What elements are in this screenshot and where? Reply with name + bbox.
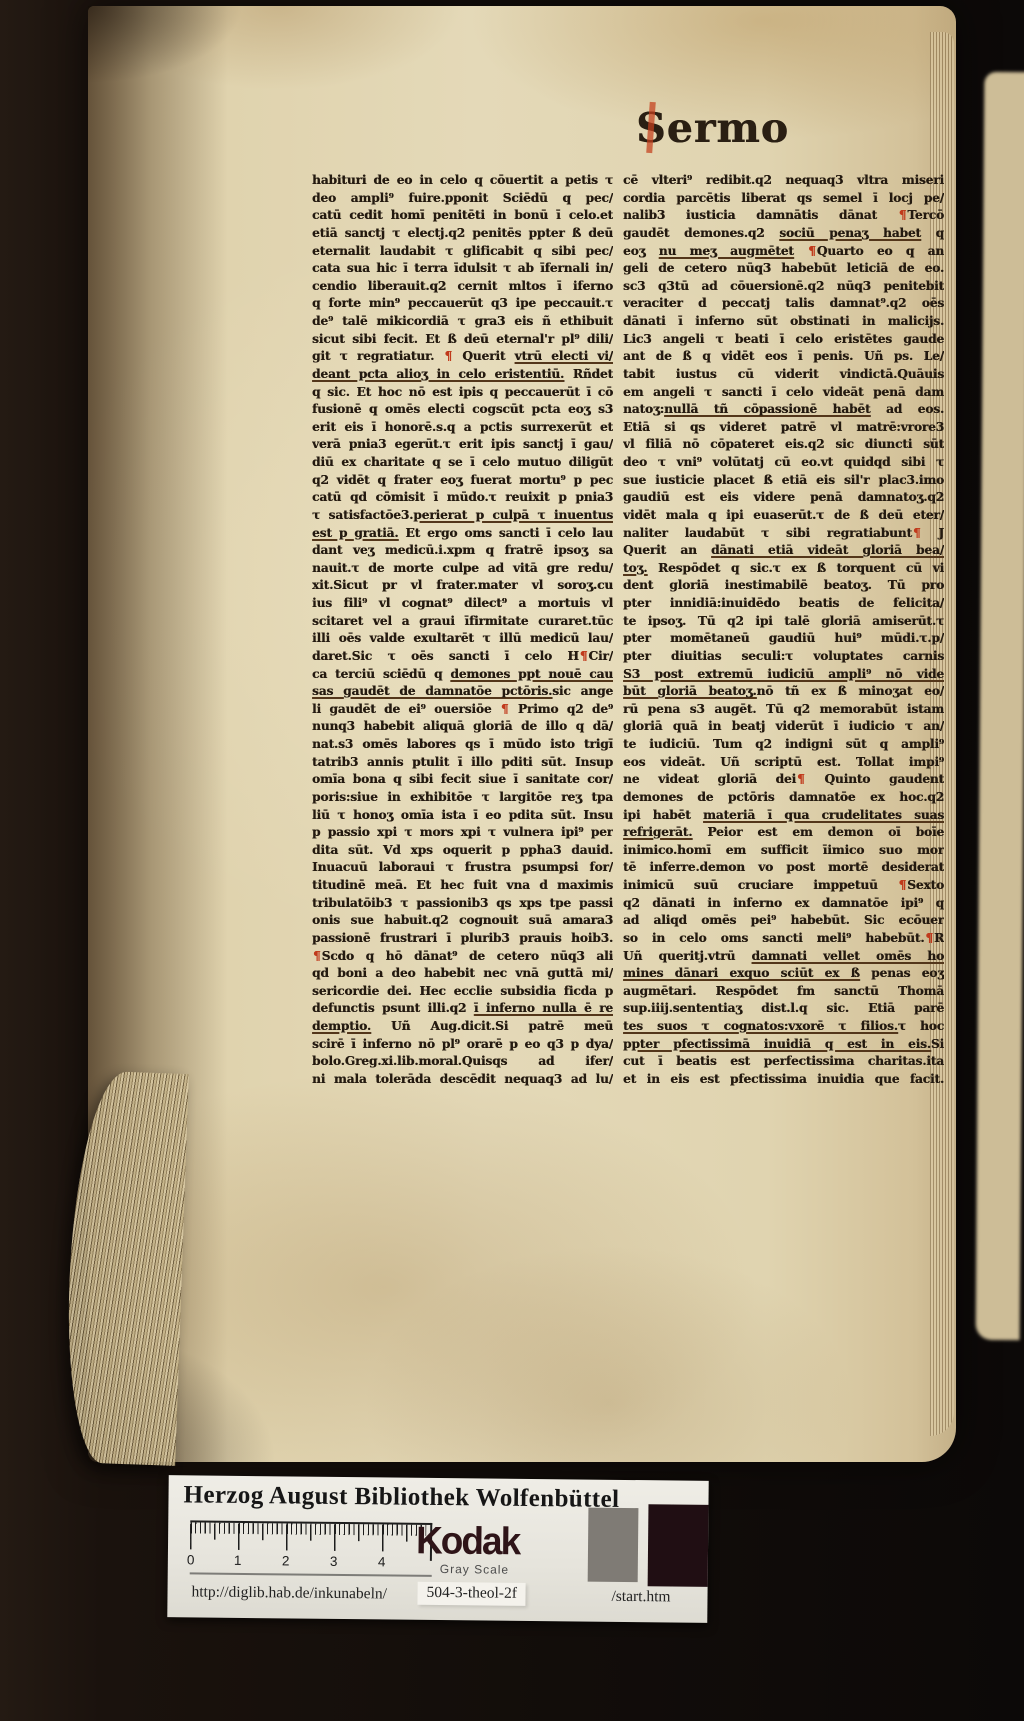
text-line: inimicū suū cruciare imppetuū ¶Sexto — [623, 877, 944, 895]
text-run: poris:siue in exhibitōe τ largitōe reʒ t… — [312, 790, 613, 804]
text-run: dita sūt. Vd xps oquerit p ppha3 dauid. — [312, 843, 613, 857]
text-run: materiā ī qua crudelitates suas — [703, 808, 944, 822]
text-column-left: habituri de eo in celo q cōuertit a peti… — [312, 172, 613, 1089]
page-stack-edges — [63, 1070, 189, 1466]
text-run: cut ī beatis est perfectissima charitas.… — [623, 1054, 944, 1068]
text-line: daret.Sic τ oēs sancti ī celo H¶Cir/ — [312, 648, 613, 666]
ruler-number: 0 — [187, 1552, 195, 1567]
text-run: nullā tñ cōpassionē habēt — [664, 402, 870, 416]
text-run: te iudiciū. Tum q2 indigni sūt q ampli⁹ — [623, 737, 944, 751]
text-line: ¶Scdo q hō dānat⁹ de cetero nūq3 ali — [312, 948, 613, 966]
ruler-baseline — [190, 1572, 432, 1577]
text-line: dānati ī inferno sūt obstinati in malici… — [623, 313, 944, 331]
text-line: passionē frustrari ī plurib3 prauis hoib… — [312, 930, 613, 948]
text-run: q — [921, 226, 944, 240]
text-run: pter innidiā:inuidēdo beatis de felicita… — [623, 596, 944, 610]
text-line: ni mala tolerāda descēdit nequaq3 ad lu/ — [312, 1071, 613, 1089]
text-run: catū cedit homī penitēti in bonū ī celo.… — [312, 208, 613, 222]
text-line: veraciter d peccatj talis damnat⁹.q2 oēs — [623, 295, 944, 313]
text-line: q2 dānati in inferno ex damnatōe ipi⁹ q — [623, 895, 944, 913]
text-run: catū qd cōmisit ī mūdo.τ reuixit p pnia3 — [312, 490, 613, 504]
text-line: ad aliqd omēs pei⁹ habebūt. Sic ecōuer — [623, 912, 944, 930]
text-line: naliter laudabūt τ sibi regratiabunt¶ J — [623, 525, 944, 543]
text-line: deant pcta alioʒ in celo eristentiū. Rñd… — [312, 366, 613, 384]
text-line: nauit.τ de morte culpe ad vitā gre redu/ — [312, 560, 613, 578]
text-run: cē vlteri⁹ redibit.q2 nequaq3 vltra mise… — [623, 173, 944, 187]
text-run: būt gloriā beatoʒ. — [623, 684, 757, 698]
text-run: tatrib3 annis ptulit ī illo pditi sūt. I… — [312, 755, 613, 769]
text-line: de⁹ talē mikicordiā τ gra3 eis ñ ethibui… — [312, 313, 613, 331]
text-run: gloriā quā in beatj viderūt ī iudicio τ … — [623, 719, 944, 733]
text-line: catū qd cōmisit ī mūdo.τ reuixit p pnia3 — [312, 489, 613, 507]
text-run: nō tñ ex ß minoʒat eo/ — [757, 684, 944, 698]
text-run: te ipsoʒ. Tū q2 ipi talē gloriā amiserūt… — [623, 614, 944, 628]
text-run: vidēt mala q ipi euaserūt.τ de ß deū ete… — [623, 508, 944, 522]
text-run: Uñ queritj.vtrū — [623, 949, 751, 963]
text-run: tribulatōib3 τ passionib3 qs xps tpe pas… — [312, 896, 613, 910]
text-run: geli de cetero nūq3 habebūt leticiā de e… — [623, 261, 944, 275]
text-line: deo ampli⁹ fuire.pponit Sciēdū q pec/ — [312, 190, 613, 208]
running-header-rest: ermo — [667, 104, 789, 152]
ruler-number: 3 — [330, 1554, 338, 1569]
text-run: tabit iustus cū viderit vindictā.Quāuis — [623, 367, 944, 381]
text-run: cendio liberauit.q2 cernit mltos ī ifern… — [312, 279, 613, 293]
text-run: erit eis ī honorē.s.q a pctis surrexerūt… — [312, 420, 613, 434]
text-run: Cir/ — [588, 649, 613, 663]
grayscale-patch-dark — [648, 1504, 709, 1587]
text-run: defunctis psunt illi.q2 — [312, 1001, 474, 1015]
text-run: xit.Sicut pr vl frater.mater vl soroʒ.cu — [312, 578, 613, 592]
rubric-pilcrow: ¶ — [579, 649, 589, 663]
text-run: Quinto gaudent — [806, 772, 944, 786]
text-run: pter diuitias seculi:τ voluptates carnis — [623, 649, 944, 663]
text-run: git τ regratiatur. — [312, 349, 443, 363]
text-run: tes suos τ cognatos:vxorē τ filios. — [623, 1019, 898, 1033]
text-line: vidēt mala q ipi euaserūt.τ de ß deū ete… — [623, 507, 944, 525]
text-run: sc3 q3tū ad cōuersionē.q2 nūq3 penitebit — [623, 279, 944, 293]
text-run: Rñdet — [564, 367, 613, 381]
text-run: ni mala tolerāda descēdit nequaq3 ad lu/ — [312, 1072, 613, 1086]
text-line: dant veʒ medicū.i.xpm q fratrē ipsoʒ sa — [312, 542, 613, 560]
rubric-pilcrow: ¶ — [312, 949, 322, 963]
text-run: Et ergo oms sancti ī celo lau — [398, 526, 613, 540]
text-run: S3 post extremū iudiciū ampli⁹ nō vide — [623, 667, 944, 681]
rubric-pilcrow: ¶ — [500, 702, 510, 716]
text-line: eos videāt. Uñ scriptū est. Tollat impi⁹ — [623, 754, 944, 772]
text-run: Respōdet q sic.τ ex ß torquent cū vi — [647, 561, 944, 575]
text-run: sas gaudēt de damnatōe pctōris. — [312, 684, 552, 698]
text-line: eoʒ nu meʒ augmētet ¶Quarto eo q an — [623, 243, 944, 261]
text-run: Tercō — [907, 208, 944, 222]
text-run: li gaudēt de ei⁹ ouersiōe — [312, 702, 500, 716]
text-run: q forte min⁹ peccauerūt q3 ipe peccauit.… — [312, 296, 613, 310]
library-label: Herzog August Bibliothek Wolfenbüttel 0 … — [167, 1475, 708, 1623]
text-line: ipi habēt materiā ī qua crudelitates sua… — [623, 807, 944, 825]
text-run: sericordie dei. Hec ecclie subsidia ficd… — [312, 984, 613, 998]
running-header-initial: S — [636, 104, 667, 152]
text-run: omīa bona q sibi fecit siue ī sanitate c… — [312, 772, 613, 786]
text-line: natoʒ:nullā tñ cōpassionē habēt ad eos. — [623, 401, 944, 419]
text-run: passionē frustrari ī plurib3 prauis hoib… — [312, 931, 613, 945]
text-line: cata sua hic ī terra īdulsit τ ab īferna… — [312, 260, 613, 278]
text-run: est p gratiā. — [312, 526, 398, 540]
label-shelfmark: 504-3-theol-2f — [417, 1582, 526, 1606]
text-run: eoʒ — [623, 244, 659, 258]
text-run: Scdo q hō dānat⁹ de cetero nūq3 ali — [322, 949, 613, 963]
text-run: Peior est em demon oī boīe — [692, 825, 944, 839]
text-run: ca terciū sciēdū q — [312, 667, 450, 681]
text-run: bolo.Greg.xi.lib.moral.Quisqs ad ifer/ — [312, 1054, 613, 1068]
text-run: ipi habēt — [623, 808, 703, 822]
text-line: tē inferre.demon vo post mortē desiderat — [623, 859, 944, 877]
text-run: fusionē q omēs electi cogscūt pcta eoʒ s… — [312, 402, 613, 416]
text-run: rū pena s3 augēt. Tū q2 memorabūt istam — [623, 702, 944, 716]
text-line: sc3 q3tū ad cōuersionē.q2 nūq3 penitebit — [623, 278, 944, 296]
ruler-number: 1 — [234, 1553, 242, 1568]
grayscale-caption: Gray Scale — [440, 1562, 510, 1577]
text-run: inimico.homī em sufficit īimico suo mor — [623, 843, 944, 857]
text-run: habituri de eo in celo q cōuertit a peti… — [312, 173, 613, 187]
text-line: gaudēt demones.q2 sociū penaʒ habet q — [623, 225, 944, 243]
text-run: eternalit laudabit τ glificabit q sibi p… — [312, 244, 613, 258]
text-line: pter innidiā:inuidēdo beatis de felicita… — [623, 595, 944, 613]
text-run: Primo q2 de⁹ — [509, 702, 613, 716]
text-run: q2 vidēt q frater eoʒ fuerat mortu⁹ p pe… — [312, 473, 613, 487]
text-run: daret.Sic τ oēs sancti ī celo H — [312, 649, 579, 663]
text-run: Uñ Aug.dicit.Si patrē meū — [371, 1019, 613, 1033]
label-url-base: http://diglib.hab.de/inkunabeln/ — [191, 1583, 387, 1603]
text-run: liū τ honoʒ omīa ista ī eo pdita sūt. In… — [312, 808, 613, 822]
text-line: em angeli τ sancti ī celo videāt penā da… — [623, 384, 944, 402]
text-line: Etiā si qs videret patrē vl matrē:vrore3 — [623, 419, 944, 437]
text-line: habituri de eo in celo q cōuertit a peti… — [312, 172, 613, 190]
text-run: naliter laudabūt τ sibi regratiabunt — [623, 526, 912, 540]
text-line: etiā sanctj τ electj.q2 penitēs ppter ß … — [312, 225, 613, 243]
text-run: perierat p culpā τ inuentus — [413, 508, 613, 522]
text-run: nu meʒ augmētet — [659, 244, 794, 258]
text-run: dānati ī inferno sūt obstinati in malici… — [623, 314, 944, 328]
text-run: Inuacuū laboraui τ frustra psumpsi for/ — [312, 860, 613, 874]
text-line: p passio xpi τ mors xpi τ vulnera ipi⁹ p… — [312, 824, 613, 842]
text-run: qd boni a deo habebit nec vnā guttā mi/ — [312, 966, 613, 980]
text-line: titudinē meā. Et hec fuit vna d maximis — [312, 877, 613, 895]
text-line: sicut sibi fecit. Et ß deū eternal'r pl⁹… — [312, 331, 613, 349]
text-run: penas eoʒ — [860, 966, 944, 980]
text-run: veraciter d peccatj talis damnat⁹.q2 oēs — [623, 296, 944, 310]
text-line: sericordie dei. Hec ecclie subsidia ficd… — [312, 983, 613, 1001]
text-line: Lic3 angeli τ beati ī celo eristētes gau… — [623, 331, 944, 349]
ruler-number: 2 — [282, 1553, 290, 1568]
text-line: liū τ honoʒ omīa ista ī eo pdita sūt. In… — [312, 807, 613, 825]
text-line: eternalit laudabit τ glificabit q sibi p… — [312, 243, 613, 261]
text-run: sup.iiij.sententiaʒ dist.l.q sic. Etiā p… — [623, 1001, 944, 1015]
rubric-pilcrow: ¶ — [898, 208, 908, 222]
photo-scene: Sermo habituri de eo in celo q cōuertit … — [0, 0, 1024, 1721]
text-run: gaudēt demones.q2 — [623, 226, 779, 240]
text-line: sue iusticie placet ß etiā eis sil'r pla… — [623, 472, 944, 490]
text-line: gloriā quā in beatj viderūt ī iudicio τ … — [623, 718, 944, 736]
text-line: xit.Sicut pr vl frater.mater vl soroʒ.cu — [312, 577, 613, 595]
text-line: verā pnia3 egerūt.τ erit ipis sanctj ī g… — [312, 436, 613, 454]
text-line: S3 post extremū iudiciū ampli⁹ nō vide — [623, 666, 944, 684]
corner-shadow-top-left — [88, 6, 308, 116]
text-line: būt gloriā beatoʒ.nō tñ ex ß minoʒat eo/ — [623, 683, 944, 701]
text-run: deo ampli⁹ fuire.pponit Sciēdū q pec/ — [312, 191, 613, 205]
text-run: sociū penaʒ habet — [779, 226, 921, 240]
text-run: dant veʒ medicū.i.xpm q fratrē ipsoʒ sa — [312, 543, 613, 557]
text-run: titudinē meā. Et hec fuit vna d maximis — [312, 878, 613, 892]
text-line: defunctis psunt illi.q2 ī inferno nulla … — [312, 1000, 613, 1018]
text-line: et in eis est pfectissima inuidia que fa… — [623, 1071, 944, 1089]
text-line: dita sūt. Vd xps oquerit p ppha3 dauid. — [312, 842, 613, 860]
text-line: q sic. Et hoc nō est ipis q peccauerūt ī… — [312, 384, 613, 402]
text-line: pter diuitias seculi:τ voluptates carnis — [623, 648, 944, 666]
text-line: geli de cetero nūq3 habebūt leticiā de e… — [623, 260, 944, 278]
text-line: cendio liberauit.q2 cernit mltos ī ifern… — [312, 278, 613, 296]
text-line: illi oēs valde exultarēt τ illū medicū l… — [312, 630, 613, 648]
text-run: mines dānari exquo sciūt ex ß — [623, 966, 860, 980]
text-line: catū cedit homī penitēti in bonū ī celo.… — [312, 207, 613, 225]
text-run: τ hoc — [898, 1019, 944, 1033]
text-line: diū ex charitate q se ī celo mutuo dilig… — [312, 454, 613, 472]
ruler-number: 4 — [378, 1554, 386, 1569]
text-line: scitaret vel a graui īfirmitate curaret.… — [312, 613, 613, 631]
text-run: pter momētaneū gaudiū hui⁹ mūdi.τ.p/ — [623, 631, 944, 645]
measure-ruler: 0 1 2 3 4 — [190, 1520, 432, 1561]
text-run: sic ange — [552, 684, 613, 698]
text-run: ne videat gloriā dei — [623, 772, 796, 786]
text-run: gaudiū est eis videre penā damnatoʒ.q2 — [623, 490, 944, 504]
text-line: nalib3 iusticia damnātis dānat ¶Tercō — [623, 207, 944, 225]
text-line: ius fili⁹ vl cognat⁹ dilect⁹ a mortuis v… — [312, 595, 613, 613]
text-line: sup.iiij.sententiaʒ dist.l.q sic. Etiā p… — [623, 1000, 944, 1018]
text-line: Uñ queritj.vtrū damnati vellet omēs ho — [623, 948, 944, 966]
text-line: tes suos τ cognatos:vxorē τ filios.τ hoc — [623, 1018, 944, 1036]
text-line: gaudiū est eis videre penā damnatoʒ.q2 — [623, 489, 944, 507]
text-line: τ satisfactōe3.perierat p culpā τ inuent… — [312, 507, 613, 525]
text-run: Lic3 angeli τ beati ī celo eristētes gau… — [623, 332, 944, 346]
label-url-page: /start.htm — [611, 1588, 670, 1607]
text-run: vtrū electi vi/ — [515, 349, 613, 363]
text-column-right: cē vlteri⁹ redibit.q2 nequaq3 vltra mise… — [623, 172, 944, 1089]
text-run: toʒ. — [623, 561, 647, 575]
text-run: deant pcta alioʒ in celo eristentiū. — [312, 367, 564, 381]
text-line: demones de pctōris damnatōe ex hoc.q2 — [623, 789, 944, 807]
text-run: dānati etiā videāt gloriā bea/ — [711, 543, 944, 557]
text-line: li gaudēt de ei⁹ ouersiōe ¶ Primo q2 de⁹ — [312, 701, 613, 719]
text-run: etiā sanctj τ electj.q2 penitēs ppter ß … — [312, 226, 613, 240]
text-run: R — [934, 931, 944, 945]
text-run: scitaret vel a graui īfirmitate curaret.… — [312, 614, 613, 628]
text-line: demptio. Uñ Aug.dicit.Si patrē meū — [312, 1018, 613, 1036]
text-line: scirē ī inferno nō pl⁹ orarē p eo q3 p d… — [312, 1036, 613, 1054]
grayscale-patch-gray — [588, 1508, 639, 1583]
text-run: damnati vellet omēs ho — [751, 949, 944, 963]
text-run: dent gloriā inestimabilē beatoʒ. Tū pro — [623, 578, 944, 592]
text-run: onis sue habuit.q2 cognouit suā amara3 — [312, 913, 613, 927]
text-line: cut ī beatis est perfectissima charitas.… — [623, 1053, 944, 1071]
text-run: nat.s3 omēs labores qs ī mūdo isto trigī — [312, 737, 613, 751]
text-run: cata sua hic ī terra īdulsit τ ab īferna… — [312, 261, 613, 275]
rubric-pilcrow: ¶ — [796, 772, 806, 786]
text-run: ad aliqd omēs pei⁹ habebūt. Sic ecōuer — [623, 913, 944, 927]
text-line: augmētari. Respōdet fm sanctū Thomā — [623, 983, 944, 1001]
text-run: ppter pfectissimā inuidiā q est in eis. — [623, 1037, 931, 1051]
text-run: augmētari. Respōdet fm sanctū Thomā — [623, 984, 944, 998]
rubric-pilcrow: ¶ — [924, 931, 934, 945]
text-line: ant de ß q vidēt eos ī penis. Uñ ps. Le/ — [623, 348, 944, 366]
text-line: cordia parcētis liberat qs semel ī locj … — [623, 190, 944, 208]
text-line: qd boni a deo habebit nec vnā guttā mi/ — [312, 965, 613, 983]
text-line: est p gratiā. Et ergo oms sancti ī celo … — [312, 525, 613, 543]
text-run: nunq3 habebit aliquā gloriā de illo q dā… — [312, 719, 613, 733]
text-line: deo τ vni⁹ volūtatj cū eo.vt quidqd sibi… — [623, 454, 944, 472]
text-line: dent gloriā inestimabilē beatoʒ. Tū pro — [623, 577, 944, 595]
text-run: p passio xpi τ mors xpi τ vulnera ipi⁹ p… — [312, 825, 613, 839]
text-run: nalib3 iusticia damnātis dānat — [623, 208, 898, 222]
text-run: sicut sibi fecit. Et ß deū eternal'r pl⁹… — [312, 332, 613, 346]
text-line: poris:siue in exhibitōe τ largitōe reʒ t… — [312, 789, 613, 807]
rubric-pilcrow: ¶ — [912, 526, 922, 540]
text-line: inimico.homī em sufficit īimico suo mor — [623, 842, 944, 860]
text-run: ad eos. — [870, 402, 944, 416]
text-run: demones de pctōris damnatōe ex hoc.q2 — [623, 790, 944, 804]
text-line: git τ regratiatur. ¶ Querit vtrū electi … — [312, 348, 613, 366]
text-line: ne videat gloriā dei¶ Quinto gaudent — [623, 771, 944, 789]
text-line: tribulatōib3 τ passionib3 qs xps tpe pas… — [312, 895, 613, 913]
rubric-pilcrow: ¶ — [443, 349, 453, 363]
text-line: refrigerāt. Peior est em demon oī boīe — [623, 824, 944, 842]
text-run: J — [922, 526, 944, 540]
text-line: tatrib3 annis ptulit ī illo pditi sūt. I… — [312, 754, 613, 772]
text-run: demptio. — [312, 1019, 371, 1033]
text-line: sas gaudēt de damnatōe pctōris.sic ange — [312, 683, 613, 701]
text-run: refrigerāt. — [623, 825, 692, 839]
text-line: Querit an dānati etiā videāt gloriā bea/ — [623, 542, 944, 560]
text-line: nunq3 habebit aliquā gloriā de illo q dā… — [312, 718, 613, 736]
text-line: toʒ. Respōdet q sic.τ ex ß torquent cū v… — [623, 560, 944, 578]
text-line: so in celo oms sancti meli⁹ habebūt.¶R — [623, 930, 944, 948]
text-run: nauit.τ de morte culpe ad vitā gre redu/ — [312, 561, 613, 575]
text-line: tabit iustus cū viderit vindictā.Quāuis — [623, 366, 944, 384]
text-run: eos videāt. Uñ scriptū est. Tollat impi⁹ — [623, 755, 944, 769]
text-run: illi oēs valde exultarēt τ illū medicū l… — [312, 631, 613, 645]
text-run: de⁹ talē mikicordiā τ gra3 eis ñ ethibui… — [312, 314, 613, 328]
text-line: rū pena s3 augēt. Tū q2 memorabūt istam — [623, 701, 944, 719]
adjacent-page-edge — [976, 72, 1024, 1340]
text-line: bolo.Greg.xi.lib.moral.Quisqs ad ifer/ — [312, 1053, 613, 1071]
text-run: q sic. Et hoc nō est ipis q peccauerūt ī… — [312, 385, 613, 399]
text-run: q2 dānati in inferno ex damnatōe ipi⁹ q — [623, 896, 944, 910]
text-run: Querit — [453, 349, 514, 363]
text-run: τ satisfactōe3. — [312, 508, 413, 522]
text-run: demones ppt nouē cau — [450, 667, 613, 681]
text-run: Sexto — [907, 878, 944, 892]
text-line: mines dānari exquo sciūt ex ß penas eoʒ — [623, 965, 944, 983]
text-run: inimicū suū cruciare imppetuū — [623, 878, 898, 892]
text-run: Si — [931, 1037, 944, 1051]
text-line: te ipsoʒ. Tū q2 ipi talē gloriā amiserūt… — [623, 613, 944, 631]
text-line: te iudiciū. Tum q2 indigni sūt q ampli⁹ — [623, 736, 944, 754]
text-line: onis sue habuit.q2 cognouit suā amara3 — [312, 912, 613, 930]
text-run: Quarto eo q an — [817, 244, 944, 258]
text-line: Inuacuū laboraui τ frustra psumpsi for/ — [312, 859, 613, 877]
text-run: em angeli τ sancti ī celo videāt penā da… — [623, 385, 944, 399]
text-run: so in celo oms sancti meli⁹ habebūt. — [623, 931, 924, 945]
text-run: Etiā si qs videret patrē vl matrē:vrore3 — [623, 420, 944, 434]
text-line: omīa bona q sibi fecit siue ī sanitate c… — [312, 771, 613, 789]
rubric-pilcrow: ¶ — [807, 244, 817, 258]
kodak-logo: Kodak — [416, 1519, 520, 1564]
text-run: cordia parcētis liberat qs semel ī locj … — [623, 191, 944, 205]
text-run: scirē ī inferno nō pl⁹ orarē p eo q3 p d… — [312, 1037, 613, 1051]
text-run: ius fili⁹ vl cognat⁹ dilect⁹ a mortuis v… — [312, 596, 613, 610]
text-line: pter momētaneū gaudiū hui⁹ mūdi.τ.p/ — [623, 630, 944, 648]
rubric-pilcrow: ¶ — [898, 878, 908, 892]
text-line: ppter pfectissimā inuidiā q est in eis.S… — [623, 1036, 944, 1054]
text-line: ca terciū sciēdū q demones ppt nouē cau — [312, 666, 613, 684]
text-line: q2 vidēt q frater eoʒ fuerat mortu⁹ p pe… — [312, 472, 613, 490]
text-run — [794, 244, 807, 258]
text-line: vl filiā nō cōpateret eis.q2 sic diuncti… — [623, 436, 944, 454]
text-run: ī inferno nulla ē re — [474, 1001, 613, 1015]
text-run: deo τ vni⁹ volūtatj cū eo.vt quidqd sibi… — [623, 455, 944, 469]
text-run: verā pnia3 egerūt.τ erit ipis sanctj ī g… — [312, 437, 613, 451]
text-run: Querit an — [623, 543, 711, 557]
text-run: natoʒ: — [623, 402, 664, 416]
text-run: tē inferre.demon vo post mortē desiderat — [623, 860, 944, 874]
text-line: cē vlteri⁹ redibit.q2 nequaq3 vltra mise… — [623, 172, 944, 190]
text-run: diū ex charitate q se ī celo mutuo dilig… — [312, 455, 613, 469]
text-line: q forte min⁹ peccauerūt q3 ipe peccauit.… — [312, 295, 613, 313]
text-run: sue iusticie placet ß etiā eis sil'r pla… — [623, 473, 944, 487]
text-line: fusionē q omēs electi cogscūt pcta eoʒ s… — [312, 401, 613, 419]
text-run: ant de ß q vidēt eos ī penis. Uñ ps. Le/ — [623, 349, 944, 363]
running-header: Sermo — [636, 104, 789, 152]
text-line: erit eis ī honorē.s.q a pctis surrexerūt… — [312, 419, 613, 437]
text-run: vl filiā nō cōpateret eis.q2 sic diuncti… — [623, 437, 944, 451]
ruler-ticks-cm — [190, 1522, 416, 1551]
text-line: nat.s3 omēs labores qs ī mūdo isto trigī — [312, 736, 613, 754]
text-run: et in eis est pfectissima inuidia que fa… — [623, 1072, 944, 1086]
